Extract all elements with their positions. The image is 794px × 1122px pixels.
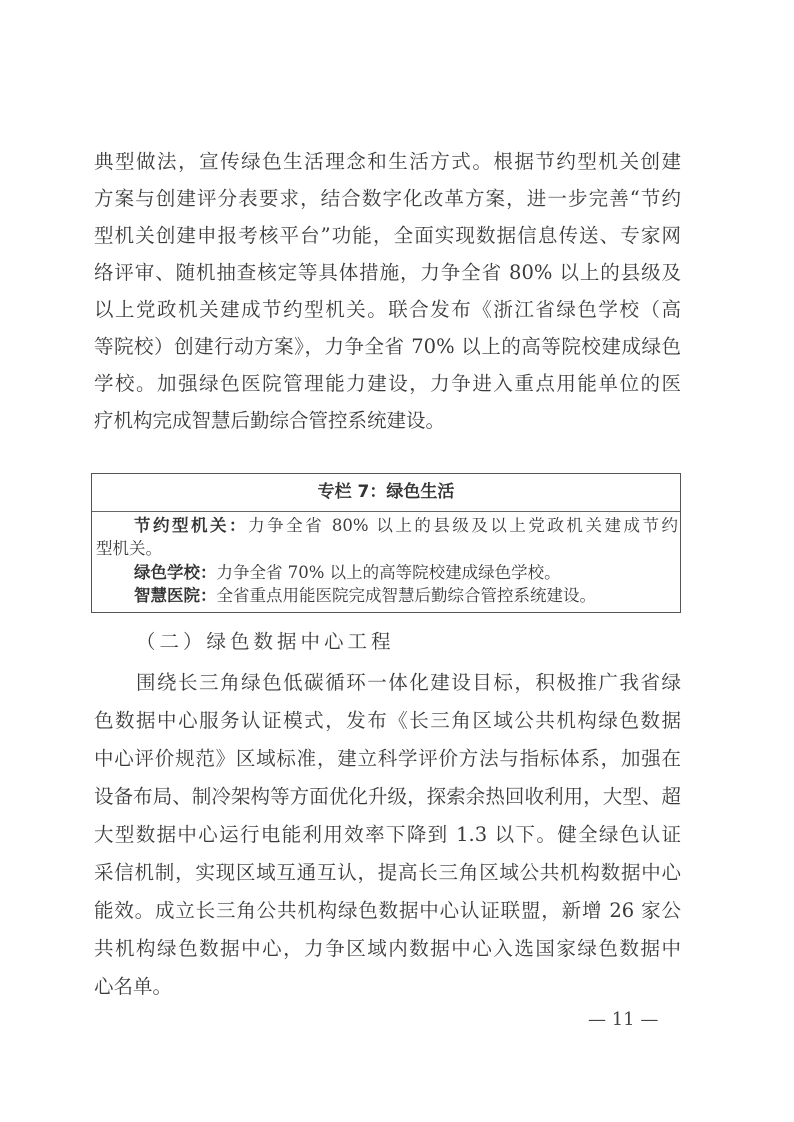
text-line: 络评审、随机抽查核定等具体措施，力争全省 80% 以上的县级及 — [94, 258, 681, 288]
column-item-term: 智慧医院： — [134, 586, 217, 605]
text-line: 等院校）创建行动方案》，力争全省 70% 以上的高等院校建成绿色 — [94, 332, 681, 362]
page-number: — 11 — — [588, 1005, 658, 1035]
column-item-energy-saving-agency: 节约型机关：力争全省 80% 以上的县级及以上党政机关建成节约 — [134, 514, 678, 538]
text-line: 心名单。 — [94, 972, 681, 1002]
column-box: 专栏 7：绿色生活 节约型机关：力争全省 80% 以上的县级及以上党政机关建成节… — [91, 473, 681, 613]
document-page: 典型做法，宣传绿色生活理念和生活方式。根据节约型机关创建 方案与创建评分表要求，… — [0, 0, 794, 1122]
text-line: 中心评价规范》区域标准，建立科学评价方法与指标体系，加强在 — [94, 744, 681, 774]
text-line: 采信机制，实现区域互通互认，提高长三角区域公共机构数据中心 — [94, 858, 681, 888]
section-heading: （二）绿色数据中心工程 — [136, 627, 395, 657]
text-line: 色数据中心服务认证模式，发布《长三角区域公共机构绿色数据 — [94, 706, 681, 736]
column-item-term: 节约型机关： — [134, 516, 248, 535]
text-line: 典型做法，宣传绿色生活理念和生活方式。根据节约型机关创建 — [94, 147, 681, 177]
text-line: 围绕长三角绿色低碳循环一体化建设目标，积极推广我省绿 — [136, 668, 681, 698]
text-line: 型机关创建申报考核平台”功能，全面实现数据信息传送、专家网 — [94, 221, 681, 251]
column-item-continuation: 型机关。 — [96, 537, 682, 561]
text-line: 以上党政机关建成节约型机关。联合发布《浙江省绿色学校（高 — [94, 295, 681, 325]
column-item-term: 绿色学校： — [134, 563, 217, 582]
text-line: 方案与创建评分表要求，结合数字化改革方案，进一步完善“节约 — [94, 184, 681, 214]
text-line: 设备布局、制冷架构等方面优化升级，探索余热回收利用，大型、超 — [94, 782, 681, 812]
text-line: 能效。成立长三角公共机构绿色数据中心认证联盟，新增 26 家公 — [94, 896, 681, 926]
text-line: 疗机构完成智慧后勤综合管控系统建设。 — [94, 406, 681, 436]
text-line: 学校。加强绿色医院管理能力建设，力争进入重点用能单位的医 — [94, 369, 681, 399]
column-item-smart-hospital: 智慧医院：全省重点用能医院完成智慧后勤综合管控系统建设。 — [134, 584, 678, 608]
column-item-text: 力争全省 80% 以上的县级及以上党政机关建成节约 — [248, 516, 678, 535]
column-box-title: 专栏 7：绿色生活 — [92, 474, 680, 512]
column-item-green-school: 绿色学校：力争全省 70% 以上的高等院校建成绿色学校。 — [134, 561, 678, 585]
text-line: 共机构绿色数据中心，力争区域内数据中心入选国家绿色数据中 — [94, 934, 681, 964]
column-item-text: 全省重点用能医院完成智慧后勤综合管控系统建设。 — [217, 586, 597, 605]
text-line: 大型数据中心运行电能利用效率下降到 1.3 以下。健全绿色认证 — [94, 820, 681, 850]
column-item-text: 力争全省 70% 以上的高等院校建成绿色学校。 — [217, 563, 561, 582]
